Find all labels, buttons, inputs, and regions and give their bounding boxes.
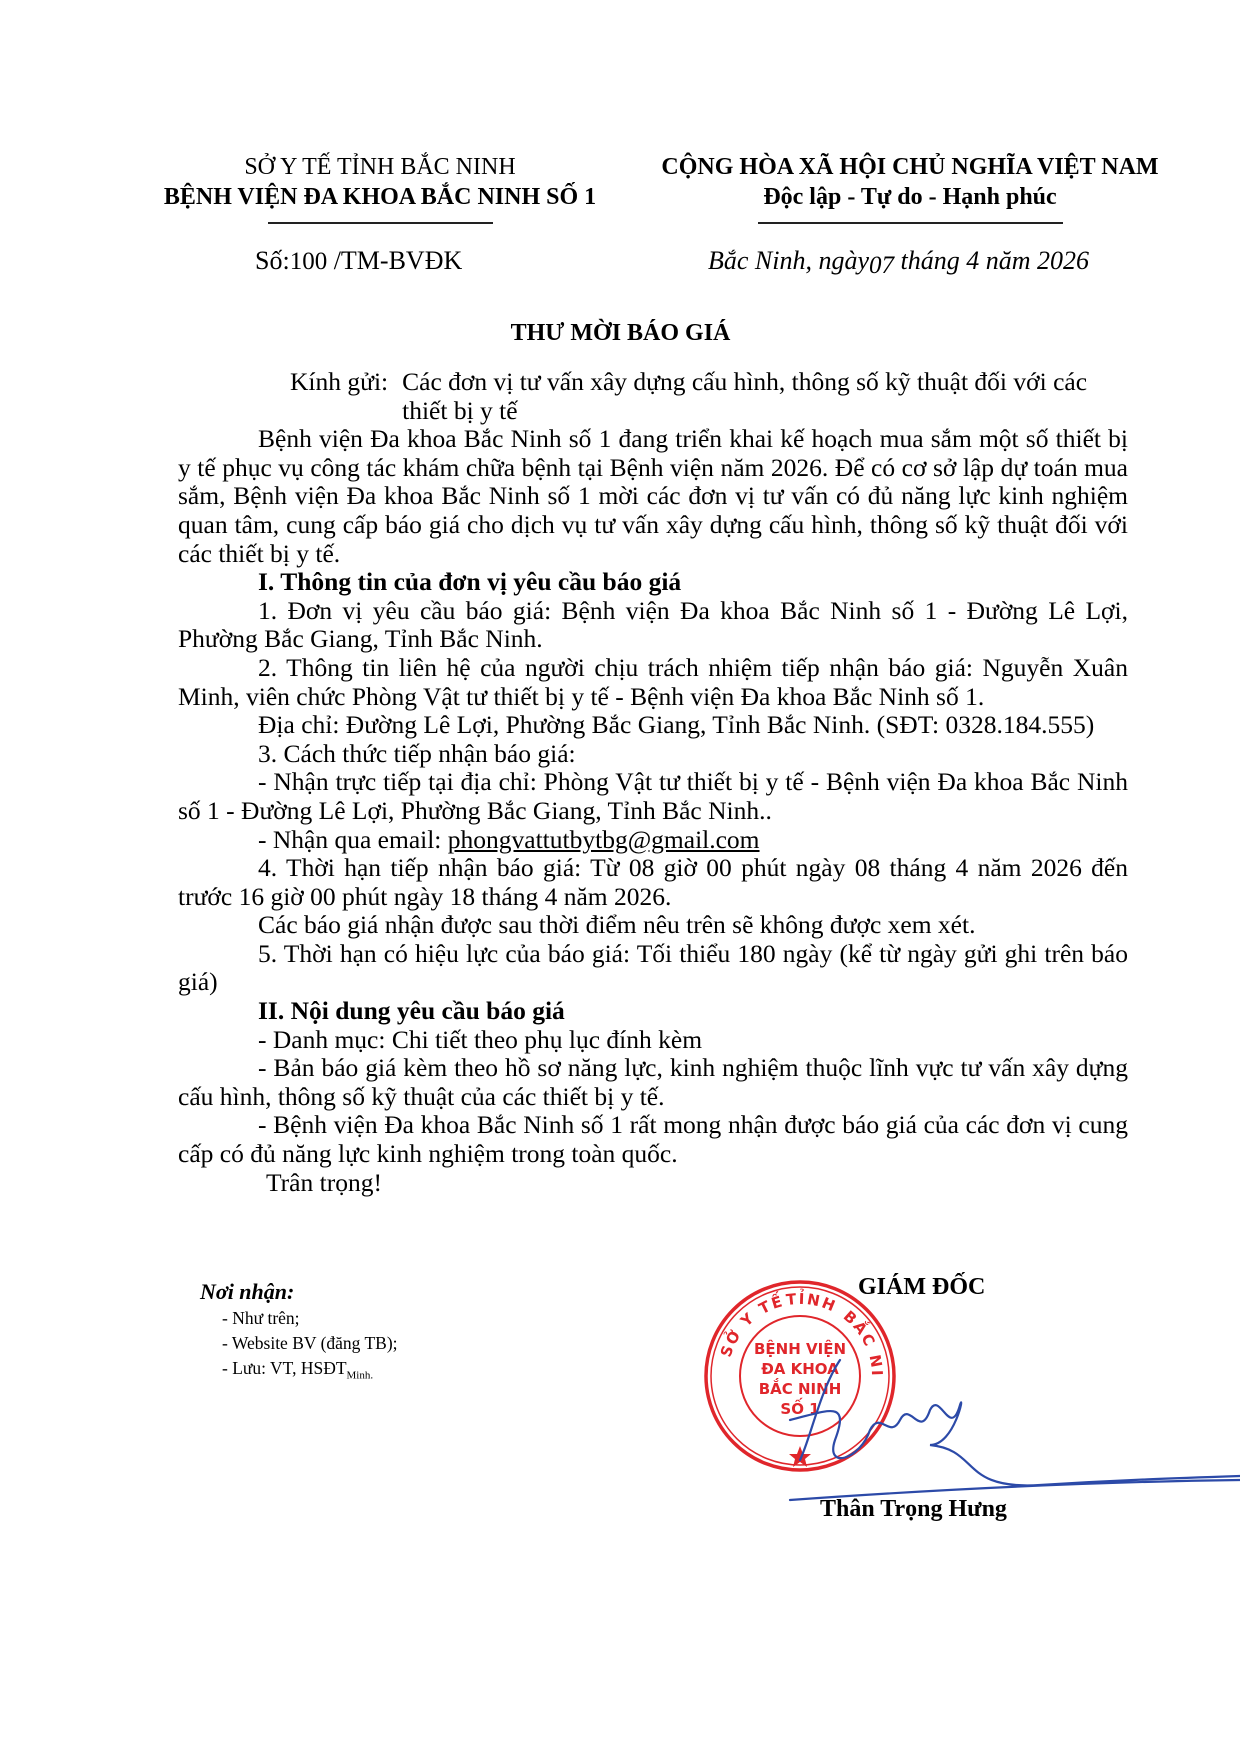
header-left: SỞ Y TẾ TỈNH BẮC NINH BỆNH VIỆN ĐA KHOA … (130, 152, 630, 224)
section2-item1: - Danh mục: Chi tiết theo phụ lục đính k… (178, 1026, 1128, 1055)
handwritten-signature-icon (780, 1350, 1240, 1510)
section1-item1: 1. Đơn vị yêu cầu báo giá: Bệnh viện Đa … (178, 597, 1128, 654)
recipient-label: Kính gửi: (290, 368, 402, 425)
recipient-item: - Lưu: VT, HSĐTMinh. (200, 1356, 398, 1389)
signer-position: GIÁM ĐỐC (858, 1274, 985, 1301)
recipient-item: - Như trên; (200, 1306, 398, 1331)
date-rest: tháng 4 năm 2026 (894, 246, 1089, 275)
section1-item4: 4. Thời hạn tiếp nhận báo giá: Từ 08 giờ… (178, 854, 1128, 911)
section1-item3-email-line: - Nhận qua email: phongvattutbytbg@gmail… (178, 826, 1128, 855)
date-day: 07 (869, 252, 894, 279)
national-motto: Độc lập - Tự do - Hạnh phúc (640, 182, 1180, 212)
email-link[interactable]: phongvattutbytbg@gmail.com (448, 825, 760, 854)
section2-item3: - Bệnh viện Đa khoa Bắc Ninh số 1 rất mo… (178, 1111, 1128, 1168)
recipient-text: Các đơn vị tư vấn xây dựng cấu hình, thô… (402, 368, 1128, 425)
document-title: THƯ MỜI BÁO GIÁ (0, 320, 1241, 347)
recipients-block: Nơi nhận: - Như trên; - Website BV (đăng… (200, 1278, 398, 1389)
section1-item3-direct: - Nhận trực tiếp tại địa chỉ: Phòng Vật … (178, 768, 1128, 825)
recipient-item-sub: Minh. (347, 1370, 374, 1382)
signer-name: Thân Trọng Hưng (820, 1496, 1007, 1523)
nation-name: CỘNG HÒA XÃ HỘI CHỦ NGHĨA VIỆT NAM (640, 152, 1180, 182)
header-right-divider (758, 222, 1063, 224)
header-left-divider (268, 222, 493, 224)
recipient-item-text: - Lưu: VT, HSĐT (222, 1358, 347, 1378)
recipient-item: - Website BV (đăng TB); (200, 1331, 398, 1356)
document-body: Kính gửi: Các đơn vị tư vấn xây dựng cấu… (178, 368, 1128, 1197)
section1-item3: 3. Cách thức tiếp nhận báo giá: (178, 740, 1128, 769)
intro-paragraph: Bệnh viện Đa khoa Bắc Ninh số 1 đang tri… (178, 425, 1128, 568)
agency-name: SỞ Y TẾ TỈNH BẮC NINH (130, 152, 630, 182)
section1-heading: I. Thông tin của đơn vị yêu cầu báo giá (178, 568, 1128, 597)
document-number: Số:100 /TM-BVĐK (255, 246, 462, 276)
document-date: Bắc Ninh, ngày07 tháng 4 năm 2026 (708, 246, 1089, 276)
svg-text:TỈNH: TỈNH (785, 1287, 839, 1316)
recipients-title: Nơi nhận: (200, 1278, 398, 1306)
organization-name: BỆNH VIỆN ĐA KHOA BẮC NINH SỐ 1 (130, 182, 630, 212)
recipient-line: Kính gửi: Các đơn vị tư vấn xây dựng cấu… (178, 368, 1128, 425)
section1-address: Địa chỉ: Đường Lê Lợi, Phường Bắc Giang,… (178, 711, 1128, 740)
doc-number-suffix: /TM-BVĐK (327, 246, 462, 275)
closing: Trân trọng! (178, 1169, 1128, 1198)
email-label: - Nhận qua email: (258, 825, 448, 854)
section2-heading: II. Nội dung yêu cầu báo giá (178, 997, 1128, 1026)
section1-item4-note: Các báo giá nhận được sau thời điểm nêu … (178, 911, 1128, 940)
section1-item5: 5. Thời hạn có hiệu lực của báo giá: Tối… (178, 940, 1128, 997)
section2-item2: - Bản báo giá kèm theo hồ sơ năng lực, k… (178, 1054, 1128, 1111)
section1-item2: 2. Thông tin liên hệ của người chịu trác… (178, 654, 1128, 711)
doc-number-value: 100 (290, 248, 328, 275)
header-right: CỘNG HÒA XÃ HỘI CHỦ NGHĨA VIỆT NAM Độc l… (640, 152, 1180, 224)
doc-number-prefix: Số: (255, 246, 290, 275)
date-place: Bắc Ninh, ngày (708, 246, 869, 275)
